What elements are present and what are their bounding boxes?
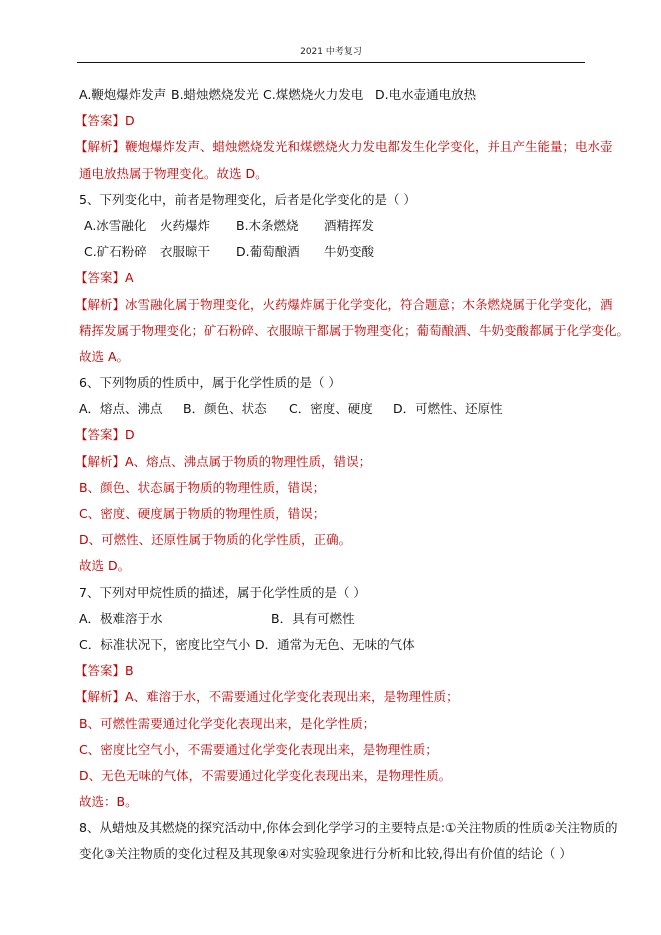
answer-value: D bbox=[125, 113, 135, 128]
q7-analysis-line: C、密度比空气小，不需要通过化学变化表现出来，是物理性质； bbox=[79, 737, 585, 763]
q4-option-b: B.蜡烛燃烧发光 bbox=[171, 82, 263, 108]
q7-analysis-line: B、可燃性需要通过化学变化表现出来，是化学性质； bbox=[79, 711, 585, 737]
q8-stem-line: 变化③关注物质的变化过程及其现象④对实验现象进行分析和比较,得出有价值的结论（ … bbox=[79, 841, 585, 867]
q6-option-d: D．可燃性、还原性 bbox=[393, 396, 503, 422]
q7-options-row: C．标准状况下，密度比空气小D．通常为无色、无味的气体 bbox=[79, 632, 585, 658]
q5-analysis-line: 精挥发属于物理变化；矿石粉碎、衣服晾干都属于物理变化；葡萄酿酒、牛奶变酸都属于化… bbox=[79, 318, 585, 344]
analysis-text: A、熔点、沸点属于物质的物理性质，错误； bbox=[125, 454, 371, 469]
q5-options-row: A.冰雪融化火药爆炸B.木条燃烧酒精挥发 bbox=[79, 213, 585, 239]
q6-option-b: B．颜色、状态 bbox=[183, 396, 289, 422]
q5-analysis-line: 【解析】冰雪融化属于物理变化，火药爆炸属于化学变化，符合题意；木条燃烧属于化学变… bbox=[79, 292, 585, 318]
answer-value: A bbox=[125, 270, 134, 285]
answer-tag: 【答案】 bbox=[75, 663, 125, 678]
q7-analysis-line: 故选：B。 bbox=[79, 789, 585, 815]
q5-stem: 5、下列变化中，前者是物理变化，后者是化学变化的是（ ） bbox=[79, 187, 585, 213]
q6-answer: 【答案】D bbox=[79, 422, 585, 448]
q6-stem: 6、下列物质的性质中，属于化学性质的是（ ） bbox=[79, 370, 585, 396]
q4-answer: 【答案】D bbox=[79, 108, 585, 134]
q5-option-a2: 火药爆炸 bbox=[160, 213, 236, 239]
q6-options: A．熔点、沸点B．颜色、状态C．密度、硬度D．可燃性、还原性 bbox=[79, 396, 585, 422]
answer-tag: 【答案】 bbox=[75, 427, 125, 442]
analysis-tag: 【解析】 bbox=[75, 297, 125, 312]
q7-analysis-line: 【解析】A、难溶于水，不需要通过化学变化表现出来，是物理性质； bbox=[79, 684, 585, 710]
q5-option-d2: 牛奶变酸 bbox=[324, 239, 374, 265]
q4-option-c: C.煤燃烧火力发电 bbox=[263, 82, 375, 108]
page-header: 2021 中考复习 bbox=[77, 44, 585, 57]
q6-analysis-line: 【解析】A、熔点、沸点属于物质的物理性质，错误； bbox=[79, 449, 585, 475]
q6-analysis-line: 故选 D。 bbox=[79, 553, 585, 579]
q7-stem: 7、下列对甲烷性质的描述，属于化学性质的是（ ） bbox=[79, 580, 585, 606]
q7-option-a: A．极难溶于水 bbox=[79, 606, 271, 632]
q4-analysis-line: 通电放热属于物理变化。故选 D。 bbox=[79, 161, 585, 187]
q7-answer: 【答案】B bbox=[79, 658, 585, 684]
q5-answer: 【答案】A bbox=[79, 265, 585, 291]
analysis-text: 鞭炮爆炸发声、蜡烛燃烧发光和煤燃烧火力发电都发生化学变化，并且产生能量；电水壶 bbox=[125, 139, 613, 154]
q4-options: A.鞭炮爆炸发声B.蜡烛燃烧发光C.煤燃烧火力发电D.电水壶通电放热 bbox=[79, 82, 585, 108]
q4-option-a: A.鞭炮爆炸发声 bbox=[79, 82, 171, 108]
analysis-tag: 【解析】 bbox=[75, 689, 125, 704]
q7-option-c: C．标准状况下，密度比空气小 bbox=[79, 632, 255, 658]
answer-tag: 【答案】 bbox=[75, 270, 125, 285]
answer-tag: 【答案】 bbox=[75, 113, 125, 128]
q7-options-row: A．极难溶于水B．具有可燃性 bbox=[79, 606, 585, 632]
q5-options-row: C.矿石粉碎衣服晾干D.葡萄酿酒牛奶变酸 bbox=[79, 239, 585, 265]
q6-option-a: A．熔点、沸点 bbox=[79, 396, 183, 422]
q8-stem-line: 8、从蜡烛及其燃烧的探究活动中,你体会到化学学习的主要特点是:①关注物质的性质②… bbox=[79, 815, 585, 841]
q4-analysis-line: 【解析】鞭炮爆炸发声、蜡烛燃烧发光和煤燃烧火力发电都发生化学变化，并且产生能量；… bbox=[79, 134, 585, 160]
analysis-text: A、难溶于水，不需要通过化学变化表现出来，是物理性质； bbox=[125, 689, 459, 704]
q7-option-b: B．具有可燃性 bbox=[271, 606, 355, 632]
analysis-text: 冰雪融化属于物理变化，火药爆炸属于化学变化，符合题意；木条燃烧属于化学变化，酒 bbox=[125, 297, 613, 312]
q6-analysis-line: D、可燃性、还原性属于物质的化学性质，正确。 bbox=[79, 527, 585, 553]
q5-option-b: B.木条燃烧 bbox=[236, 213, 324, 239]
q5-option-b2: 酒精挥发 bbox=[324, 213, 374, 239]
q7-analysis-line: D、无色无味的气体，不需要通过化学变化表现出来，是物理性质。 bbox=[79, 763, 585, 789]
q6-option-c: C．密度、硬度 bbox=[289, 396, 393, 422]
q6-analysis-line: C、密度、硬度属于物质的物理性质，错误； bbox=[79, 501, 585, 527]
document-body: A.鞭炮爆炸发声B.蜡烛燃烧发光C.煤燃烧火力发电D.电水壶通电放热 【答案】D… bbox=[79, 82, 585, 868]
answer-value: B bbox=[125, 663, 134, 678]
q5-option-a: A.冰雪融化 bbox=[84, 213, 160, 239]
analysis-tag: 【解析】 bbox=[75, 454, 125, 469]
header-rule bbox=[77, 62, 585, 63]
q5-option-c: C.矿石粉碎 bbox=[84, 239, 160, 265]
q5-option-d: D.葡萄酿酒 bbox=[236, 239, 324, 265]
q5-analysis-line: 故选 A。 bbox=[79, 344, 585, 370]
q6-analysis-line: B、颜色、状态属于物质的物理性质，错误； bbox=[79, 475, 585, 501]
answer-value: D bbox=[125, 427, 135, 442]
analysis-tag: 【解析】 bbox=[75, 139, 125, 154]
q5-option-c2: 衣服晾干 bbox=[160, 239, 236, 265]
q7-option-d: D．通常为无色、无味的气体 bbox=[255, 632, 415, 658]
q4-option-d: D.电水壶通电放热 bbox=[375, 82, 476, 108]
